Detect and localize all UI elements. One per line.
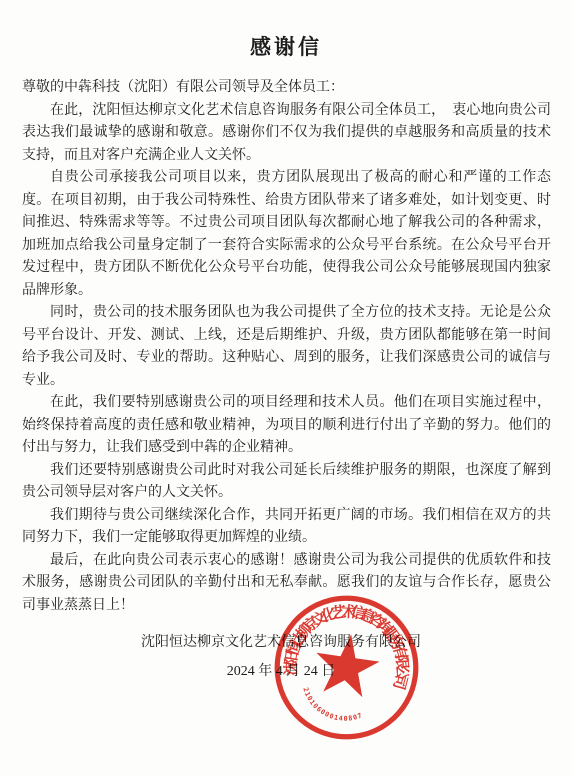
paragraph-4: 在此，我们要特别感谢贵公司的项目经理和技术人员。他们在项目实施过程中，始终保持着… (22, 392, 551, 460)
paragraph-3: 同时，贵公司的技术服务团队也为我公司提供了全方位的技术支持。无论是公众号平台设计… (22, 302, 551, 392)
salutation: 尊敬的中犇科技（沈阳）有限公司领导及全体员工： (22, 77, 551, 100)
seal-serial-number: 210106000140807 (297, 685, 366, 725)
paragraph-6: 我们期待与贵公司继续深化合作，共同开拓更广阔的市场。我们相信在双方的共同努力下，… (22, 505, 551, 550)
letter-page: 感谢信 尊敬的中犇科技（沈阳）有限公司领导及全体员工： 在此，沈阳恒达柳京文化艺… (0, 0, 572, 776)
letter-title: 感谢信 (0, 0, 572, 61)
seal-svg: 沈阳恒达柳京文化艺术信息咨询服务有限公司 210106000140807 (272, 593, 421, 742)
company-seal-stamp: 沈阳恒达柳京文化艺术信息咨询服务有限公司 210106000140807 (272, 593, 421, 742)
svg-text:210106000140807: 210106000140807 (297, 685, 366, 725)
paragraph-1: 在此，沈阳恒达柳京文化艺术信息咨询服务有限公司全体员工， 衷心地向贵公司表达我们… (22, 100, 551, 168)
paragraph-2: 自贵公司承接我公司项目以来，贵方团队展现出了极高的耐心和严谨的工作态度。在项目初… (22, 167, 551, 302)
star-icon (311, 630, 383, 699)
letter-body: 尊敬的中犇科技（沈阳）有限公司领导及全体员工： 在此，沈阳恒达柳京文化艺术信息咨… (0, 61, 572, 617)
paragraph-5: 我们还要特别感谢贵公司此时对我公司延长后续维护服务的期限，也深度了解到贵公司领导… (22, 460, 551, 505)
